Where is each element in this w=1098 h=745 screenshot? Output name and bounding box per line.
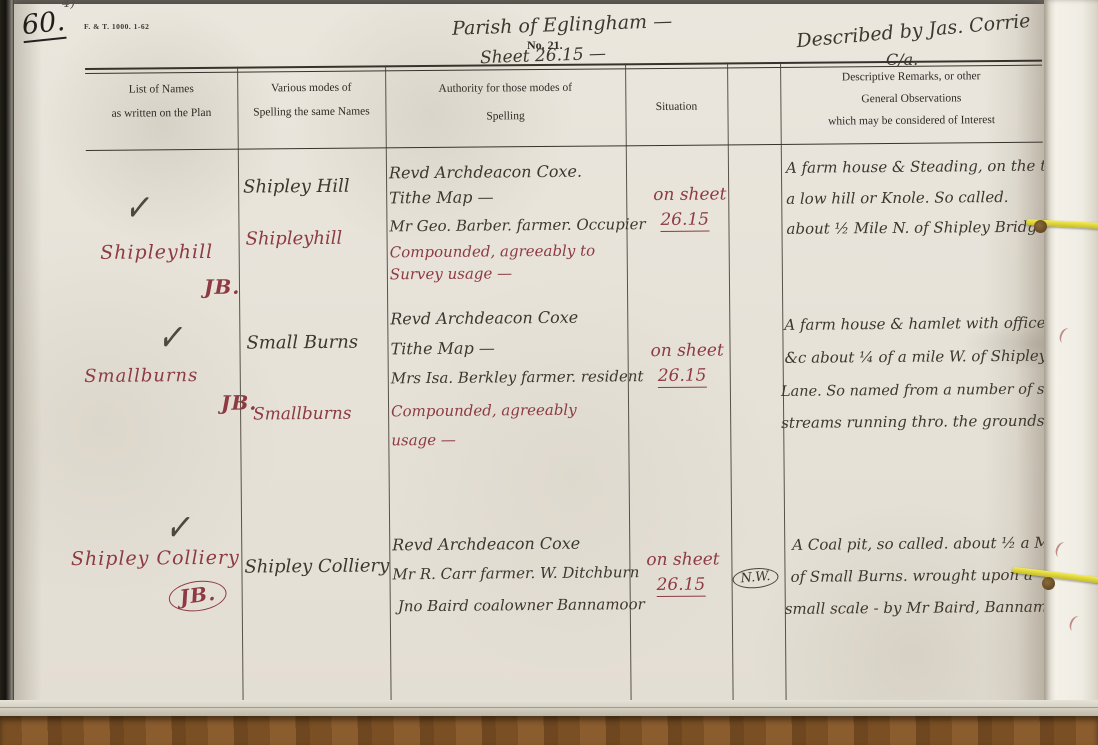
- describer-initials-circled: JB.: [167, 577, 229, 614]
- ink-fragment: [1053, 540, 1070, 559]
- situation-sheet-number: 26.15: [660, 210, 709, 232]
- printers-stamp: F. & T. 1000. 1-62: [84, 22, 149, 31]
- header-names-1: List of Names: [85, 83, 237, 96]
- wooden-desk: [0, 716, 1098, 745]
- situation-sheet-number: 26.15: [658, 366, 707, 388]
- spelling-black: Small Burns: [246, 332, 358, 354]
- remark-line: of Small Burns. wrought upon a: [790, 566, 1032, 586]
- remark-line: a low hill or Knole. So called.: [786, 188, 1008, 208]
- header-names-2: as written on the Plan: [85, 107, 237, 120]
- authority-note-red: usage —: [391, 431, 456, 450]
- folio-number: 60.: [20, 6, 66, 43]
- name-on-plan: Shipleyhill: [82, 241, 232, 264]
- remark-line: Lane. So named from a number of small: [781, 381, 1076, 400]
- remark-line: A farm house & hamlet with offices: [784, 314, 1053, 334]
- remark-line: A Coal pit, so called. about ½ a Mile: [792, 533, 1068, 553]
- facing-page-edge: [1044, 0, 1098, 716]
- header-remarks-1: Descriptive Remarks, or other: [780, 70, 1042, 84]
- describer-initials: JB.: [221, 391, 258, 415]
- corner-mark: 4): [62, 0, 75, 11]
- header-authority-2: Spelling: [385, 109, 625, 123]
- header-situation: Situation: [625, 100, 727, 113]
- book-binding-edge: [0, 0, 14, 712]
- describer-initials: JB.: [204, 275, 241, 299]
- remark-line: about ½ Mile N. of Shipley Bridge,: [786, 218, 1050, 238]
- authority-line: Mrs Isa. Berkley farmer. resident: [391, 367, 644, 387]
- name-on-plan: Shipley Colliery: [50, 546, 260, 570]
- authority-line: Jno Baird coalowner Bannamoor: [398, 595, 645, 615]
- compass-note-circled: N.W.: [732, 566, 779, 590]
- authority-note-red: Compounded, agreeably to: [390, 242, 596, 262]
- authority-line: Mr Geo. Barber. farmer. Occupier: [389, 215, 645, 235]
- authority-line: Revd Archdeacon Coxe: [392, 534, 580, 555]
- authority-line: Revd Archdeacon Coxe: [390, 308, 578, 329]
- remark-line: &c about ¼ of a mile W. of Shipley: [785, 347, 1048, 367]
- header-remarks-3: which may be considered of Interest: [781, 114, 1043, 128]
- remark-line: streams running thro. the grounds.: [781, 412, 1049, 432]
- scanned-name-book-page: 60. 4) F. & T. 1000. 1-62 Parish of Egli…: [0, 0, 1098, 745]
- check-mark: ✓: [122, 181, 157, 236]
- spelling-black: Shipley Colliery: [244, 555, 389, 577]
- cord-hole-top: [1034, 220, 1047, 233]
- situation-sheet-number: 26.15: [657, 575, 706, 597]
- remark-line: A farm house & Steading, on the top of: [786, 156, 1084, 177]
- check-mark: ✓: [155, 311, 190, 366]
- name-on-plan: Smallburns: [59, 365, 224, 387]
- header-spelling-2: Spelling the same Names: [237, 105, 385, 118]
- header-remarks-2: General Observations: [780, 92, 1042, 106]
- ink-fragment: [1067, 614, 1084, 633]
- spelling-black: Shipley Hill: [243, 176, 350, 198]
- spelling-red: Shipleyhill: [245, 228, 342, 250]
- column-rule-1: [237, 67, 244, 707]
- authority-line: Tithe Map —: [389, 187, 493, 207]
- column-rule-4: [727, 62, 734, 702]
- ink-fragment: [1057, 326, 1074, 345]
- situation-sheet: on sheet: [646, 549, 719, 570]
- authority-line: Mr R. Carr farmer. W. Ditchburn: [392, 563, 639, 583]
- authority-line: Tithe Map —: [390, 338, 494, 358]
- situation-sheet: on sheet: [653, 184, 726, 205]
- header-authority-1: Authority for those modes of: [385, 81, 625, 95]
- authority-note-red: Survey usage —: [390, 264, 512, 283]
- header-spelling-1: Various modes of: [237, 81, 385, 94]
- authority-line: Revd Archdeacon Coxe.: [389, 162, 582, 183]
- situation-sheet: on sheet: [650, 340, 723, 361]
- authority-note-red: Compounded, agreeably: [391, 401, 577, 421]
- cord-hole-bottom: [1042, 577, 1055, 590]
- name-book-table: List of Names as written on the Plan Var…: [60, 52, 1061, 723]
- header-bottom-rule: [86, 142, 1043, 151]
- spelling-red: Smallburns: [253, 404, 352, 425]
- remark-line: small scale - by Mr Baird, Bannamoor;: [785, 597, 1078, 618]
